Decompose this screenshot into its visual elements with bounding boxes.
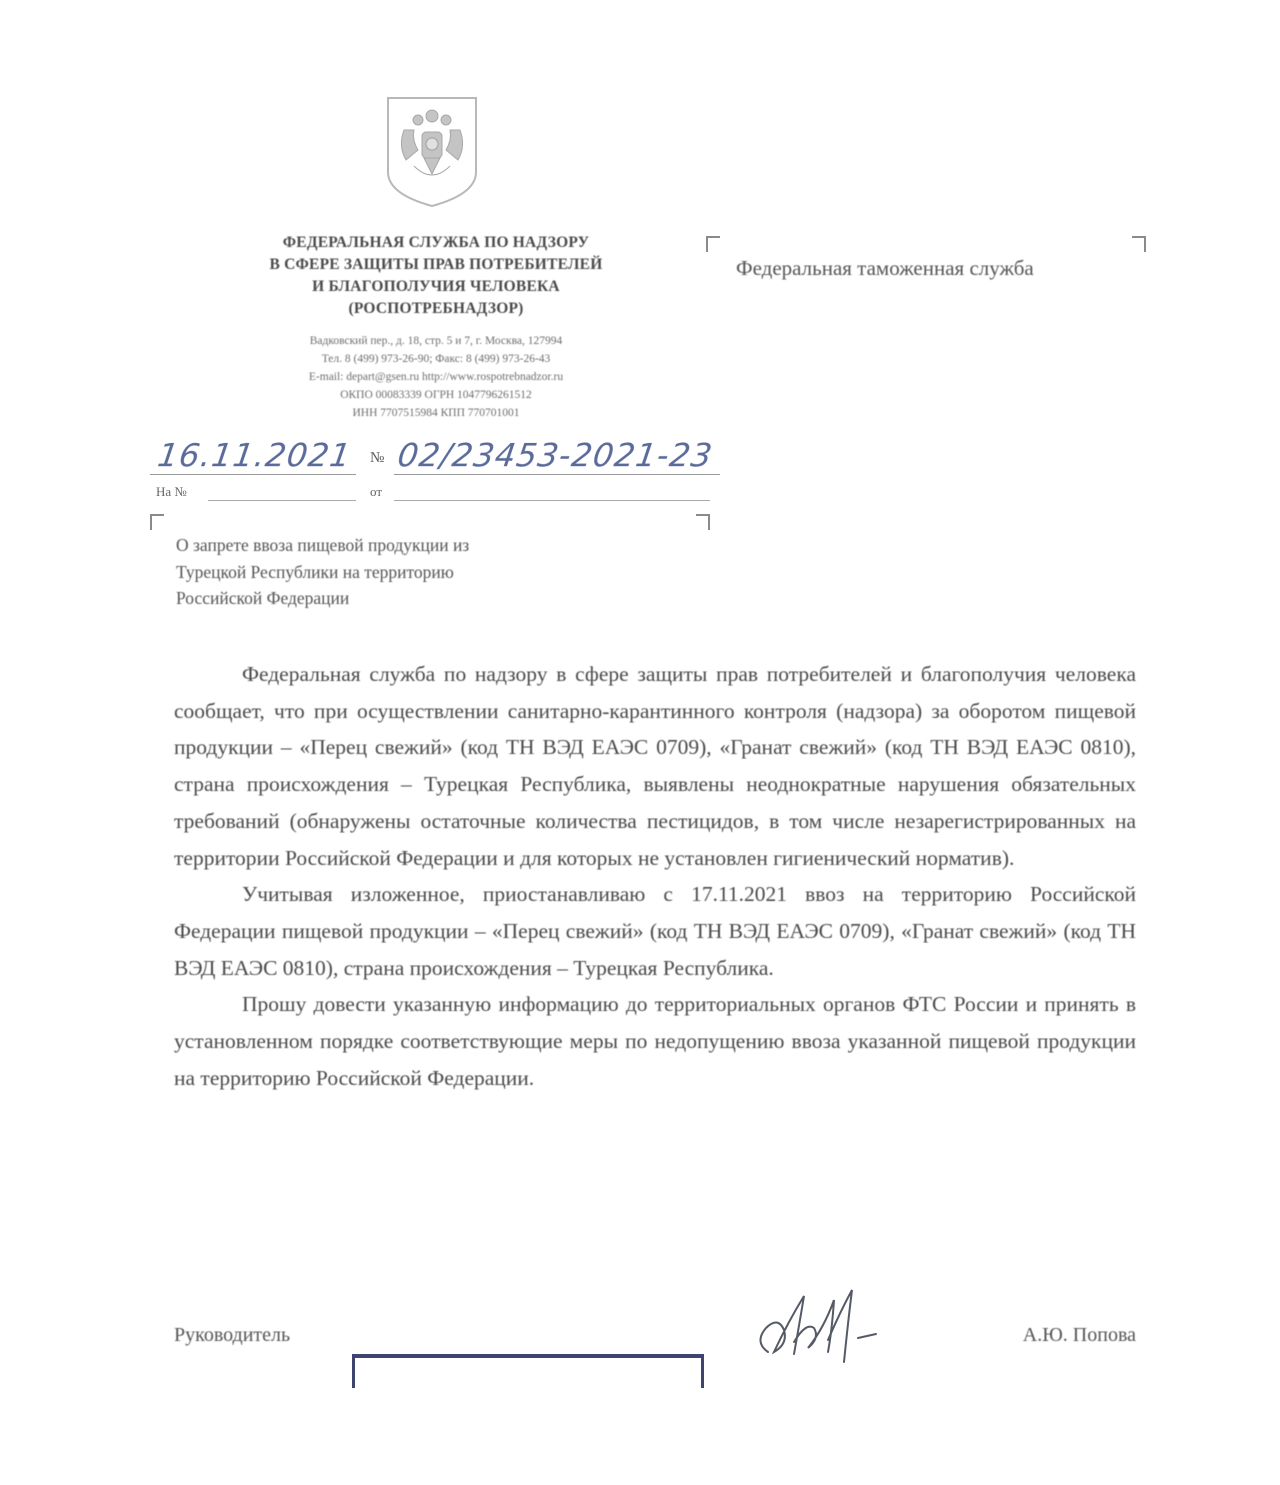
bracket-corner bbox=[150, 514, 164, 530]
org-name-line: И БЛАГОПОЛУЧИЯ ЧЕЛОВЕКА bbox=[196, 276, 676, 298]
letter-page: ФЕДЕРАЛЬНАЯ СЛУЖБА ПО НАДЗОРУ В СФЕРЕ ЗА… bbox=[0, 0, 1280, 1485]
body-paragraph: Учитывая изложенное, приостанавливаю с 1… bbox=[174, 876, 1136, 986]
subject-text: О запрете ввоза пищевой продукции из Тур… bbox=[176, 532, 469, 612]
handwritten-date: 16.11.2021 bbox=[155, 436, 354, 474]
date-underline bbox=[150, 474, 356, 475]
addressee-block: Федеральная таможенная служба bbox=[706, 236, 1146, 286]
ref-number-underline bbox=[208, 500, 356, 501]
number-underline bbox=[394, 474, 720, 475]
number-sign: № bbox=[370, 450, 384, 467]
bracket-corner bbox=[706, 236, 720, 252]
handwritten-signature-icon bbox=[748, 1282, 908, 1372]
org-name-line: В СФЕРЕ ЗАЩИТЫ ПРАВ ПОТРЕБИТЕЛЕЙ bbox=[196, 254, 676, 276]
org-okpo-ogrn: ОКПО 00083339 ОГРН 1047796261512 bbox=[196, 386, 676, 404]
org-inn-kpp: ИНН 7707515984 КПП 770701001 bbox=[196, 404, 676, 422]
ref-date-underline bbox=[394, 500, 710, 501]
signer-position: Руководитель bbox=[174, 1324, 290, 1347]
org-name-line: ФЕДЕРАЛЬНАЯ СЛУЖБА ПО НАДЗОРУ bbox=[196, 232, 676, 254]
handwritten-number: 02/23453-2021-23 bbox=[395, 436, 715, 474]
letter-body: Федеральная служба по надзору в сфере за… bbox=[174, 656, 1136, 1096]
body-paragraph: Федеральная служба по надзору в сфере за… bbox=[174, 656, 1136, 876]
subject-block: О запрете ввоза пищевой продукции из Тур… bbox=[150, 514, 710, 614]
body-paragraph: Прошу довести указанную информацию до те… bbox=[174, 986, 1136, 1096]
subject-line: Российской Федерации bbox=[176, 585, 469, 612]
org-header: ФЕДЕРАЛЬНАЯ СЛУЖБА ПО НАДЗОРУ В СФЕРЕ ЗА… bbox=[196, 232, 676, 422]
e-signature-stamp-frame bbox=[352, 1354, 704, 1388]
ref-number-label: На № bbox=[156, 484, 187, 500]
org-address: Вадковский пер., д. 18, стр. 5 и 7, г. М… bbox=[196, 332, 676, 350]
reference-line: На № от bbox=[156, 484, 716, 506]
subject-line: Турецкой Республики на территорию bbox=[176, 559, 469, 586]
org-contact-details: Вадковский пер., д. 18, стр. 5 и 7, г. М… bbox=[196, 332, 676, 422]
signature-block: Руководитель А.Ю. Попова bbox=[174, 1280, 1136, 1390]
subject-line: О запрете ввоза пищевой продукции из bbox=[176, 532, 469, 559]
addressee-name: Федеральная таможенная служба bbox=[736, 256, 1034, 281]
org-phone-fax: Тел. 8 (499) 973-26-90; Факс: 8 (499) 97… bbox=[196, 350, 676, 368]
coat-of-arms-icon bbox=[384, 94, 480, 208]
org-name: ФЕДЕРАЛЬНАЯ СЛУЖБА ПО НАДЗОРУ В СФЕРЕ ЗА… bbox=[196, 232, 676, 320]
registration-line: 16.11.2021 № 02/23453-2021-23 bbox=[150, 436, 720, 476]
bracket-corner bbox=[696, 514, 710, 530]
ref-from-label: от bbox=[370, 484, 382, 500]
bracket-corner bbox=[1132, 236, 1146, 252]
org-name-line: (РОСПОТРЕБНАДЗОР) bbox=[196, 298, 676, 320]
signer-name: А.Ю. Попова bbox=[1023, 1324, 1136, 1347]
org-email-web: E-mail: depart@gsen.ru http://www.rospot… bbox=[196, 368, 676, 386]
